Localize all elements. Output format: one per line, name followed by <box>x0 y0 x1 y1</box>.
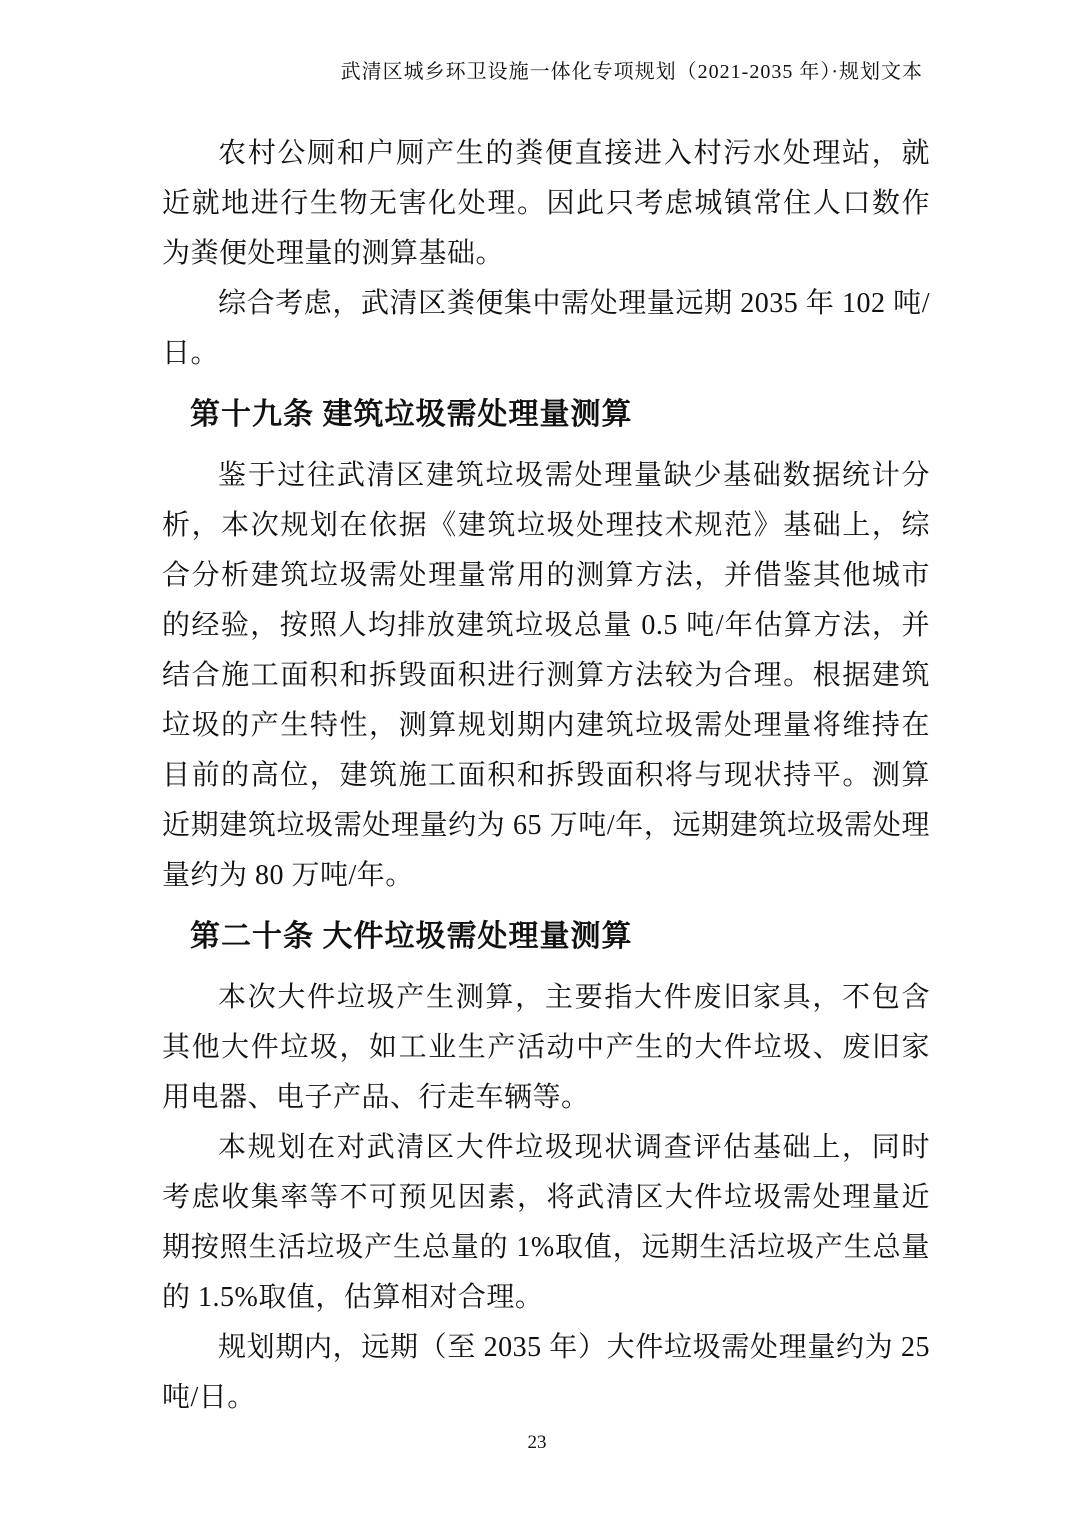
paragraph-bulky-waste-demand-2035: 规划期内，远期（至 2035 年）大件垃圾需处理量约为 25 吨/日。 <box>162 1323 930 1423</box>
paragraph-fecal-demand-2035: 综合考虑，武清区粪便集中需处理量远期 2035 年 102 吨/日。 <box>162 279 930 379</box>
paragraph-fecal-treatment-basis: 农村公厕和户厕产生的粪便直接进入村污水处理站，就近就地进行生物无害化处理。因此只… <box>162 129 930 279</box>
paragraph-bulky-waste-scope: 本次大件垃圾产生测算，主要指大件废旧家具，不包含其他大件垃圾，如工业生产活动中产… <box>162 973 930 1123</box>
running-header: 武清区城乡环卫设施一体化专项规划（2021-2035 年）·规划文本 <box>0 0 1074 86</box>
paragraph-construction-waste-estimate: 鉴于过往武清区建筑垃圾需处理量缺少基础数据统计分析，本次规划在依据《建筑垃圾处理… <box>162 451 930 901</box>
heading-article-19-construction-waste: 第十九条 建筑垃圾需处理量测算 <box>162 393 930 437</box>
page-number: 23 <box>0 1432 1074 1454</box>
document-body: 农村公厕和户厕产生的粪便直接进入村污水处理站，就近就地进行生物无害化处理。因此只… <box>0 129 1074 1423</box>
heading-article-20-bulky-waste: 第二十条 大件垃圾需处理量测算 <box>162 915 930 959</box>
document-page: 武清区城乡环卫设施一体化专项规划（2021-2035 年）·规划文本 农村公厕和… <box>0 0 1074 1520</box>
paragraph-bulky-waste-ratio: 本规划在对武清区大件垃圾现状调查评估基础上，同时考虑收集率等不可预见因素，将武清… <box>162 1123 930 1323</box>
